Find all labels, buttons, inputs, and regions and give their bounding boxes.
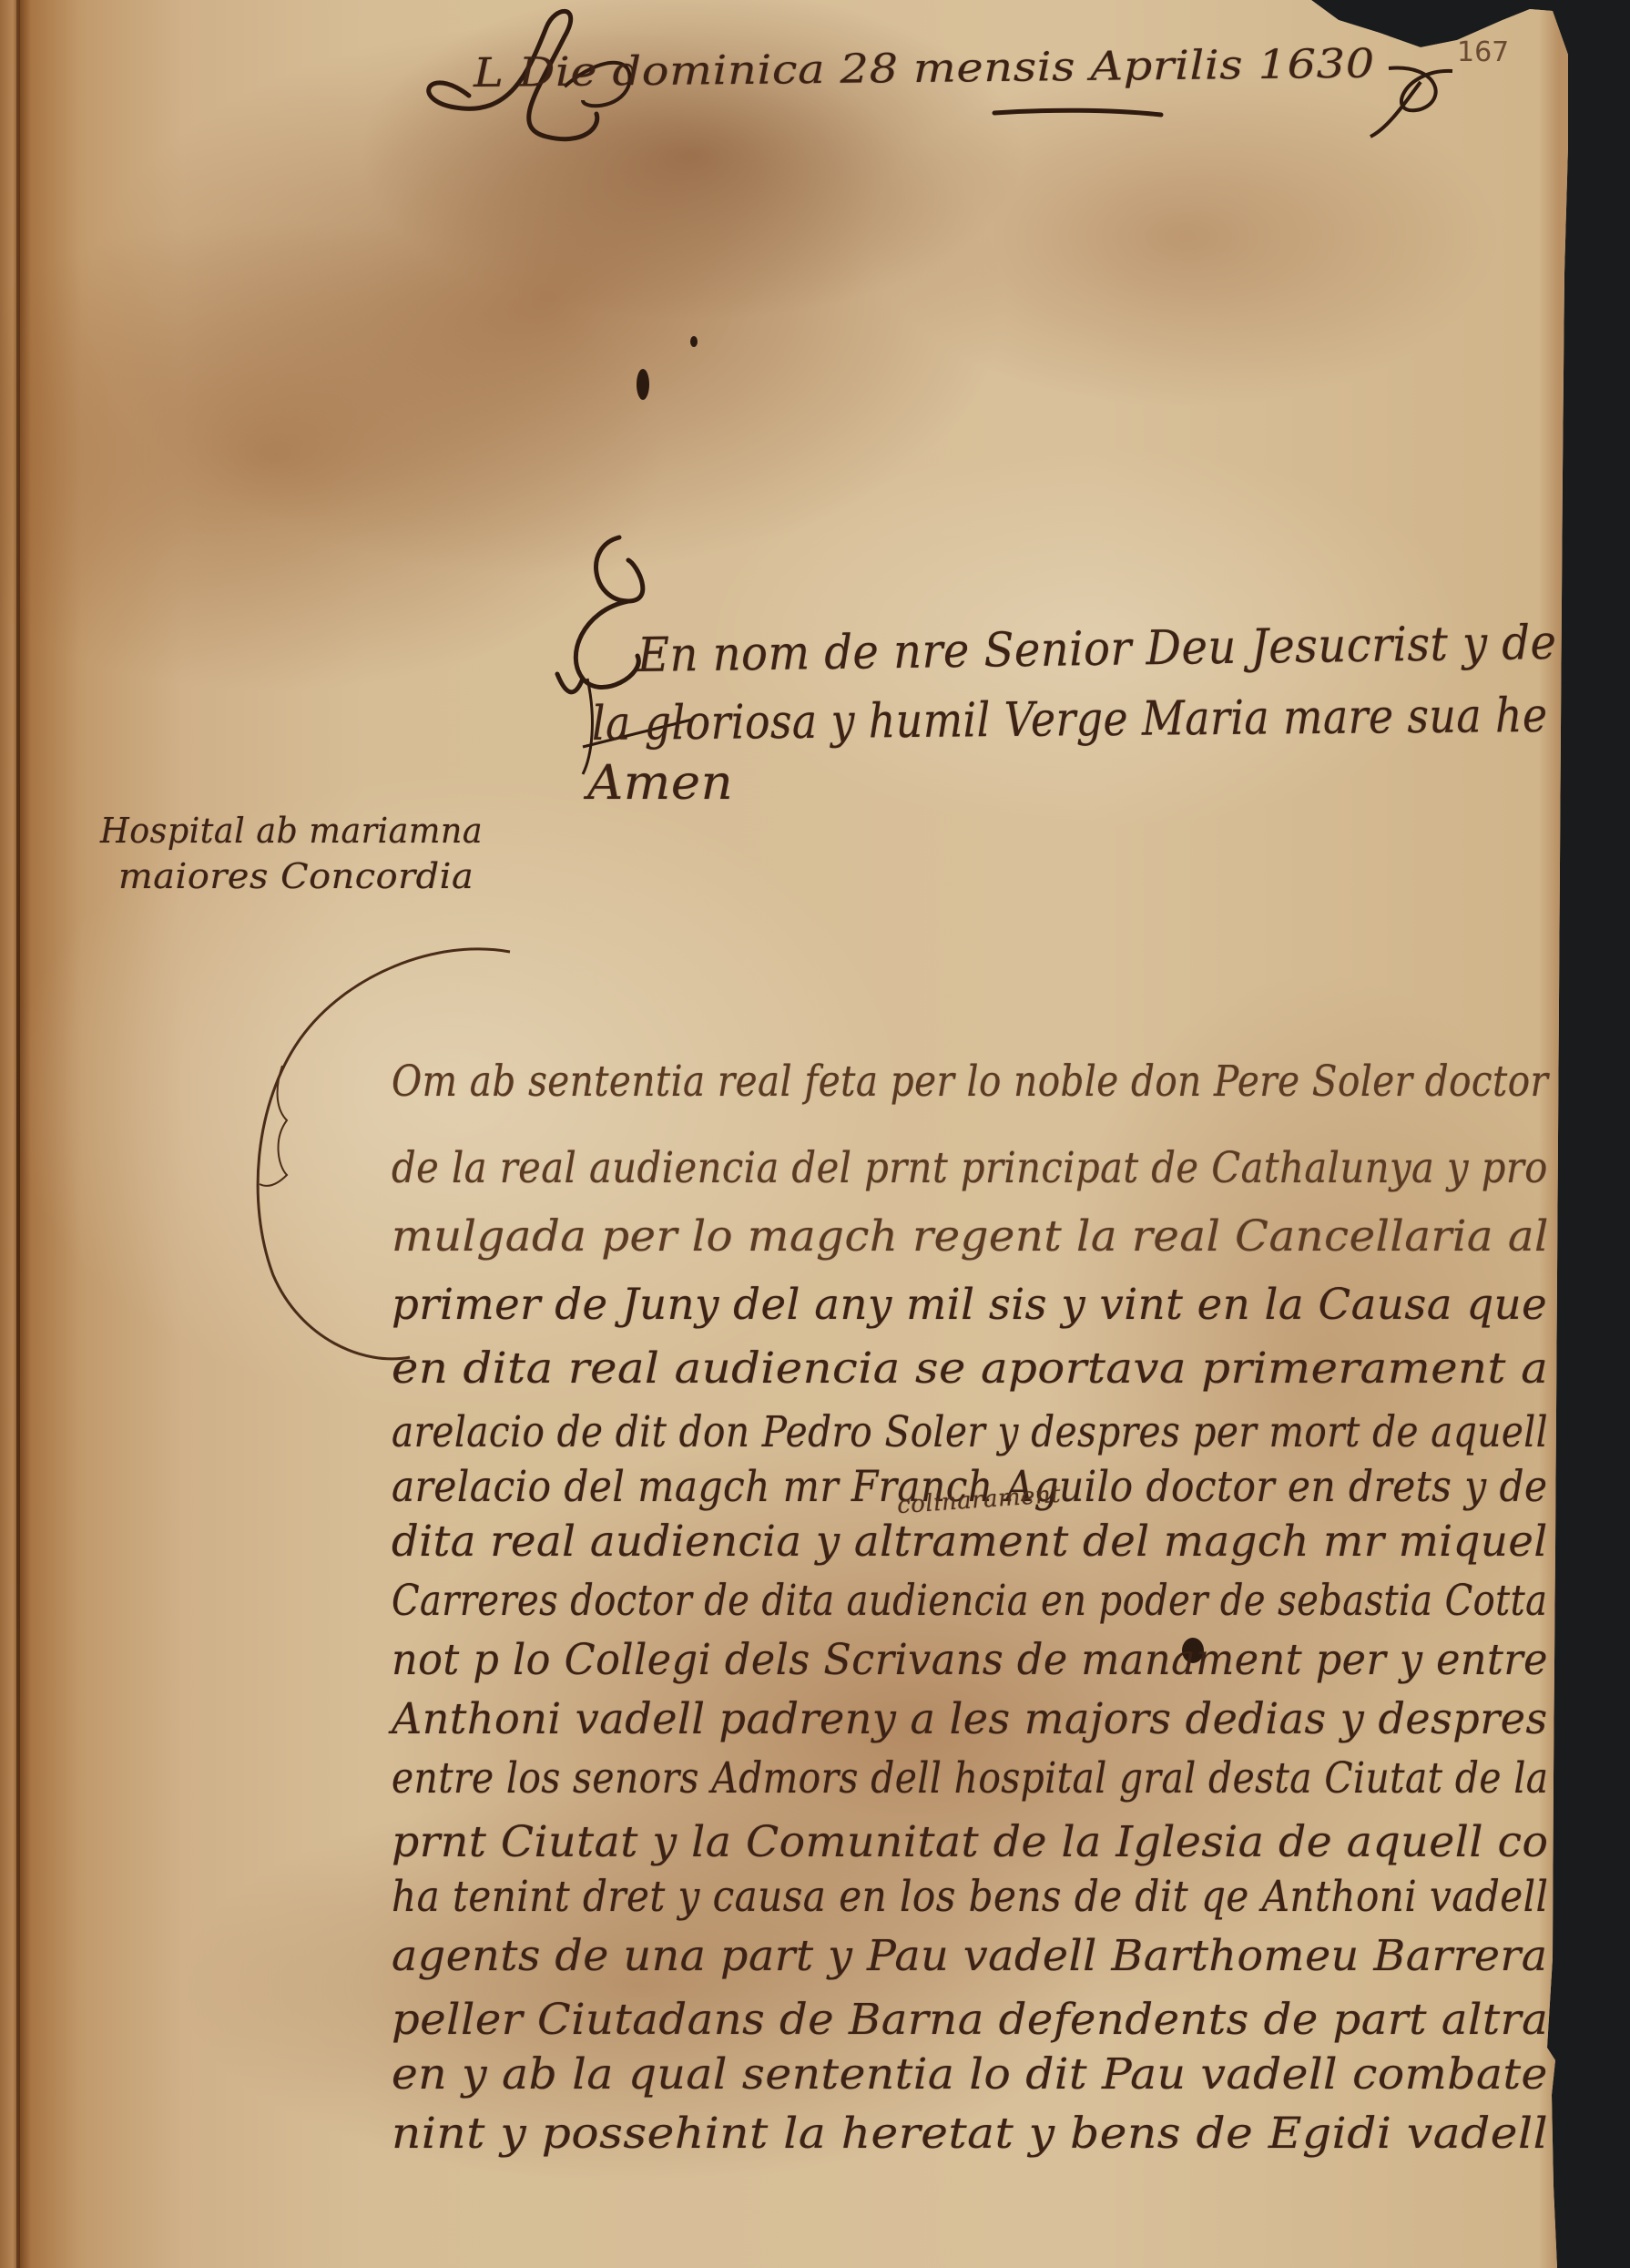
body-line-14: ha tenint dret y causa en los bens de di… — [392, 1872, 1548, 1922]
invocation-line-2: la gloriosa y humil Verge Maria mare sua… — [592, 689, 1548, 751]
header-date-line: L Die dominica 28 mensis Aprilis 1630 — [474, 41, 1375, 97]
body-line-15: agents de una part y Pau vadell Barthome… — [392, 1931, 1548, 1981]
body-line-5: en dita real audiencia se aportava prime… — [392, 1343, 1548, 1394]
body-line-18: nint y possehint la heretat y bens de Eg… — [392, 2109, 1548, 2159]
body-line-11: Anthoni vadell padreny a les majors dedi… — [392, 1694, 1548, 1744]
margin-note-line-1: Hospital ab mariamna — [100, 811, 483, 851]
body-line-9: Carreres doctor de dita audiencia en pod… — [392, 1576, 1547, 1626]
body-line-2: de la real audiencia del prnt principat … — [392, 1143, 1548, 1193]
body-line-10: not p lo Collegi dels Scrivans de maname… — [392, 1635, 1548, 1685]
body-line-12: entre los senors Admors dell hospital gr… — [392, 1753, 1549, 1803]
body-line-6: arelacio de dit don Pedro Soler y despre… — [392, 1407, 1548, 1457]
parchment-page — [0, 0, 1630, 2268]
body-line-3: mulgada per lo magch regent la real Canc… — [392, 1211, 1549, 1262]
body-line-8: dita real audiencia y altrament del magc… — [392, 1517, 1548, 1567]
folio-number: 167 — [1457, 36, 1509, 68]
invocation-line-3: Amen — [587, 756, 733, 811]
manuscript-scan: L Die dominica 28 mensis Aprilis 1630 16… — [0, 0, 1630, 2268]
body-line-13: prnt Ciutat y la Comunitat de la Iglesia… — [392, 1817, 1548, 1867]
body-line-17: en y ab la qual sententia lo dit Pau vad… — [392, 2049, 1548, 2099]
body-line-16: peller Ciutadans de Barna defendents de … — [392, 1995, 1548, 2045]
body-line-1: Om ab sententia real feta per lo noble d… — [392, 1057, 1548, 1107]
gutter-fold — [16, 0, 20, 2268]
body-line-4: primer de Juny del any mil sis y vint en… — [392, 1280, 1547, 1330]
margin-note-line-2: maiores Concordia — [118, 856, 474, 896]
